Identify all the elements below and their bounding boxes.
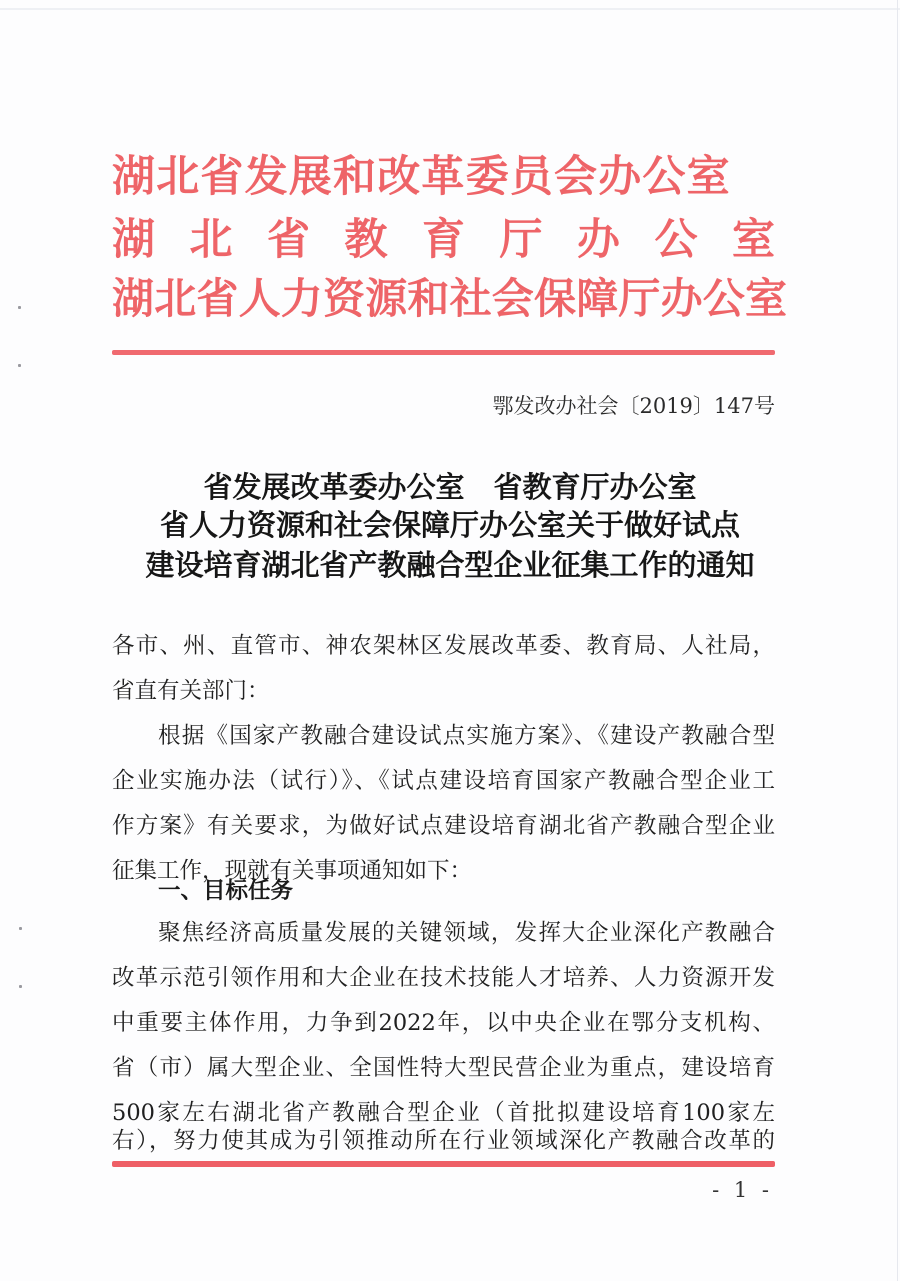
paragraph-line: 聚焦经济高质量发展的关键领域，发挥大企业深化产教融合 [158, 918, 775, 948]
binding-hole-mark [18, 364, 21, 367]
addressee-line: 省直有关部门： [112, 676, 775, 706]
letterhead-char: 育 [422, 206, 465, 267]
addressee-line: 各市、州、直管市、神农架林区发展改革委、教育局、人社局， [112, 631, 775, 661]
title-line: 省发展改革委办公室 省教育厅办公室 [100, 468, 800, 506]
binding-hole-mark [18, 306, 21, 309]
paragraph-line: 根据《国家产教融合建设试点实施方案》、《建设产教融合型 [158, 721, 775, 751]
paragraph-line: 改革示范引领作用和大企业在技术技能人才培养、人力资源开发 [112, 963, 775, 993]
letterhead-char: 省 [267, 206, 310, 267]
paragraph-line: 省（市）属大型企业、全国性特大型民营企业为重点，建设培育 [112, 1053, 775, 1083]
page-edge [897, 0, 898, 1281]
letterhead-line-hrss: 湖北省人力资源和社会保障厅办公室 [112, 266, 775, 326]
letterhead-line-education: 湖 北 省 教 育 厅 办 公 室 [112, 206, 775, 267]
scan-artifact [0, 8, 900, 10]
letterhead-line-ndrc: 湖北省发展和改革委员会办公室 [112, 143, 775, 204]
letterhead-char: 公 [655, 206, 698, 267]
paragraph-line: 作方案》有关要求，为做好试点建设培育湖北省产教融合型企业 [112, 811, 775, 841]
red-divider-top [112, 350, 775, 355]
title-line: 省人力资源和社会保障厅办公室关于做好试点 [100, 506, 800, 544]
binding-hole-mark [19, 927, 22, 930]
paragraph-line: 企业实施办法（试行）》、《试点建设培育国家产教融合型企业工 [112, 766, 775, 796]
document-number: 鄂发改办社会〔2019〕147号 [492, 390, 775, 420]
red-divider-bottom [112, 1161, 775, 1167]
section-heading: 一、目标任务 [158, 873, 293, 905]
page-number: - 1 - [712, 1178, 773, 1202]
letterhead-char: 厅 [500, 206, 543, 267]
letterhead-char: 室 [732, 206, 775, 267]
binding-hole-mark [19, 985, 22, 988]
letterhead-char: 湖 [112, 206, 155, 267]
letterhead-char: 教 [345, 206, 388, 267]
letterhead-char: 办 [577, 206, 620, 267]
title-line: 建设培育湖北省产教融合型企业征集工作的通知 [100, 546, 800, 584]
letterhead-char: 北 [190, 206, 233, 267]
paragraph-line: 500家左右湖北省产教融合型企业（首批拟建设培育100家左 [112, 1098, 775, 1128]
paragraph-line: 右），努力使其成为引领推动所在行业领域深化产教融合改革的 [112, 1126, 775, 1156]
paragraph-line: 中重要主体作用，力争到2022年，以中央企业在鄂分支机构、 [112, 1008, 775, 1038]
